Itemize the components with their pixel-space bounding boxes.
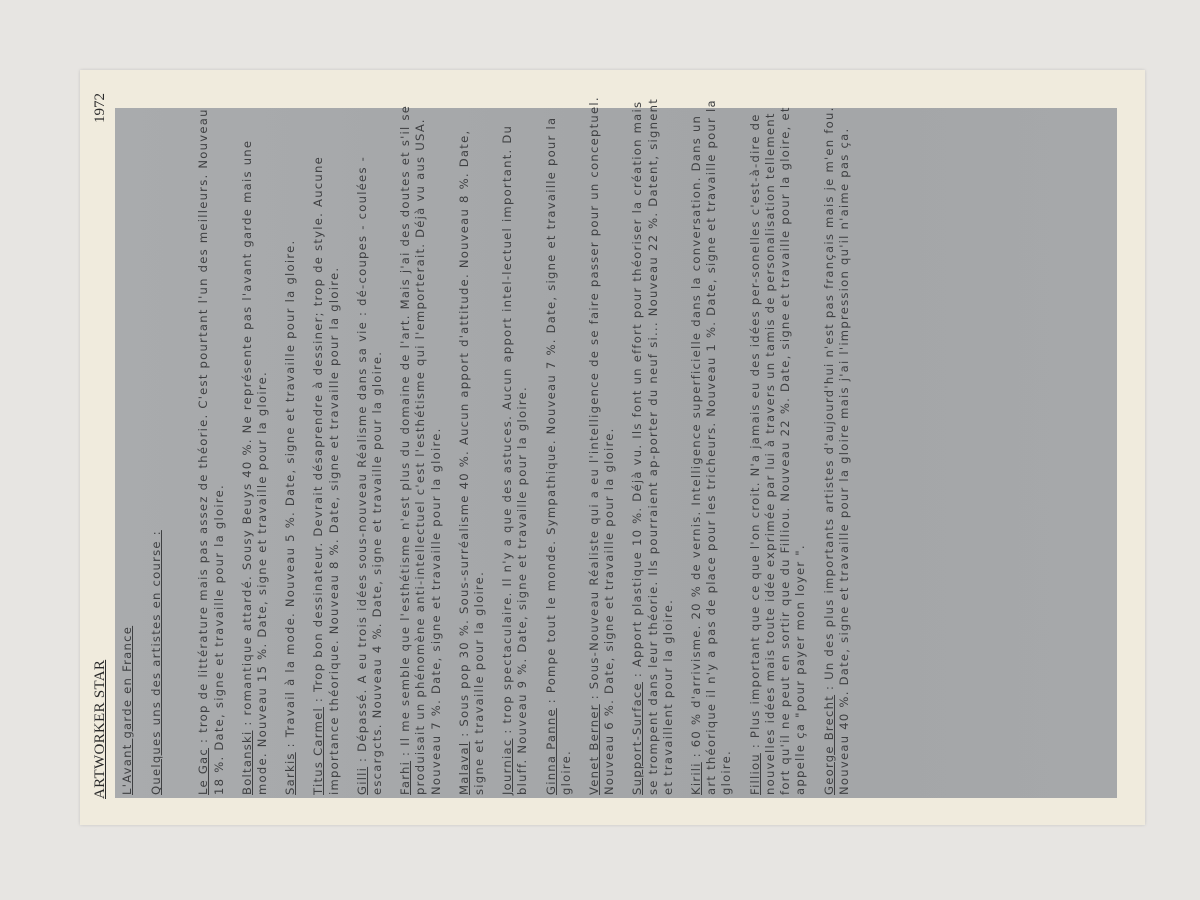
- artist-entry: Ginna Panne : Pompe tout le monde. Sympa…: [544, 95, 574, 795]
- artist-critique: : Trop bon dessinateur. Devrait désapren…: [311, 156, 340, 795]
- artist-critique: : trop spectaculaire. Il n'y a que des a…: [500, 125, 529, 795]
- artist-entry: Le Gac : trop de littérature mais pas as…: [196, 95, 226, 795]
- document-subtitle: Quelques uns des artistes en course :: [149, 95, 164, 795]
- artist-name: Boltanski: [240, 731, 254, 796]
- header-year: 1972: [92, 93, 109, 123]
- artist-entry: Support-Surface : Apport plastique 10 %.…: [630, 95, 676, 795]
- artist-name: Titus Carmel: [311, 707, 325, 795]
- artist-critique: : trop de littérature mais pas assez de …: [196, 108, 225, 795]
- artist-critique: : Sous-Nouveau Réaliste qui a eu l'intel…: [587, 96, 616, 795]
- artist-name: Journiac: [500, 739, 514, 795]
- artist-entry: Titus Carmel : Trop bon dessinateur. Dev…: [311, 95, 341, 795]
- artist-name: Filliou: [748, 753, 762, 795]
- header-publication: ARTWORKER STAR: [92, 660, 109, 799]
- artist-critique: : Pompe tout le monde. Sympathique. Nouv…: [544, 117, 573, 795]
- artist-name: Gilli: [355, 767, 369, 795]
- artist-critique: : 60 % d'arrivisme. 20 % de vernis. Inte…: [689, 99, 733, 795]
- artist-entry: Malaval : Sous pop 30 %. Sous-surréalism…: [457, 95, 487, 795]
- artist-entry: Gilli : Dépassé. A eu trois idées sous-n…: [355, 95, 385, 795]
- rotated-page: ARTWORKER STAR 1972 L'Avant garde en Fra…: [80, 70, 1145, 825]
- artist-critique: : romantique attardé. Sousy Beuys 40 %. …: [240, 140, 269, 795]
- artist-entries: Le Gac : trop de littérature mais pas as…: [196, 95, 852, 795]
- artist-entry: Filliou : Plus important que ce que l'on…: [748, 95, 809, 795]
- artist-entry: George Brecht : Un des plus importants a…: [822, 95, 852, 795]
- artist-critique: : Sous pop 30 %. Sous-surréalisme 40 %. …: [457, 130, 486, 795]
- artist-name: Venet Berner: [587, 704, 601, 795]
- document-title: L'Avant garde en France: [120, 95, 135, 795]
- artist-name: Le Gac: [196, 748, 210, 795]
- artist-name: George Brecht: [822, 695, 836, 795]
- artist-entry: Boltanski : romantique attardé. Sousy Be…: [240, 95, 270, 795]
- artist-entry: Kirili : 60 % d'arrivisme. 20 % de verni…: [689, 95, 735, 795]
- artist-critique: : Il me semble que l'esthétisme n'est pl…: [398, 105, 442, 795]
- artist-name: Malaval: [457, 742, 471, 795]
- artist-critique: : Un des plus importants artistes d'aujo…: [822, 106, 851, 795]
- artist-name: Sarkis: [283, 752, 297, 795]
- artist-name: Farhi: [398, 761, 412, 795]
- artist-name: Ginna Panne: [544, 708, 558, 795]
- artist-critique: : Plus important que ce que l'on croit. …: [748, 106, 808, 795]
- artist-entry: Farhi : Il me semble que l'esthétisme n'…: [398, 95, 444, 795]
- artist-name: Kirili: [689, 762, 703, 795]
- artist-critique: : Dépassé. A eu trois idées sous-nouveau…: [355, 156, 384, 795]
- artist-entry: Journiac : trop spectaculaire. Il n'y a …: [500, 95, 530, 795]
- artist-entry: Sarkis : Travail à la mode. Nouveau 5 %.…: [283, 95, 298, 795]
- page-header: ARTWORKER STAR 1972: [88, 99, 118, 799]
- artist-name: Support-Surface: [630, 682, 644, 795]
- document-body: L'Avant garde en France Quelques uns des…: [120, 95, 865, 795]
- artist-entry: Venet Berner : Sous-Nouveau Réaliste qui…: [587, 95, 617, 795]
- artist-critique: : Travail à la mode. Nouveau 5 %. Date, …: [283, 240, 297, 753]
